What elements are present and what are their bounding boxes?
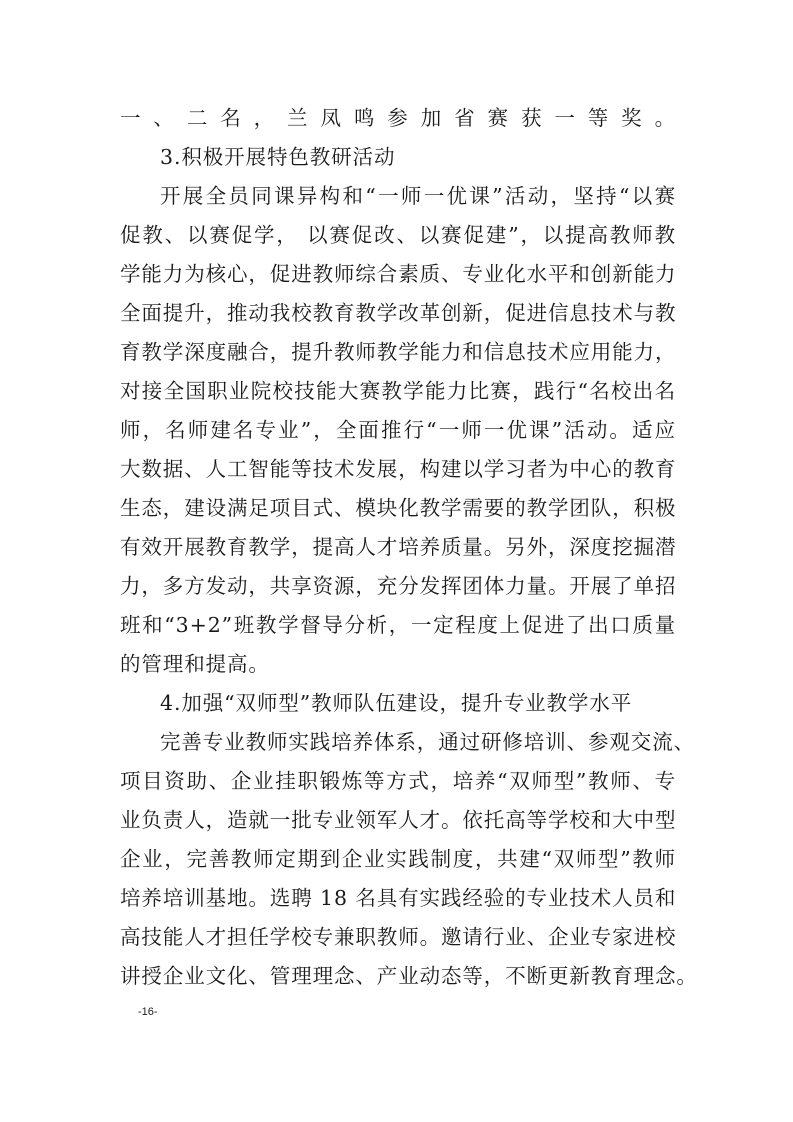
text-line: 对接全国职业院校技能大赛教学能力比赛，践行“名校出名 xyxy=(120,376,676,406)
text-line: 项目资助、企业挂职锻炼等方式，培养“双师型”教师、专 xyxy=(120,766,676,796)
text-line: 的管理和提高。 xyxy=(120,649,676,679)
text-line: 开展全员同课异构和“一师一优课”活动，坚持“以赛 xyxy=(160,181,676,211)
section-heading: 4.加强“双师型”教师队伍建设，提升专业教学水平 xyxy=(160,688,676,718)
text-line: 业负责人，造就一批专业领军人才。依托高等学校和大中型 xyxy=(120,805,676,835)
text-line: 一、二名，兰凤鸣参加省赛获一等奖。 xyxy=(120,103,676,133)
text-line: 企业，完善教师定期到企业实践制度，共建“双师型”教师 xyxy=(120,844,676,874)
text-line: 有效开展教育教学，提高人才培养质量。另外，深度挖掘潜 xyxy=(120,532,676,562)
text-line: 完善专业教师实践培养体系，通过研修培训、参观交流、 xyxy=(160,727,676,757)
text-line: 生态，建设满足项目式、模块化教学需要的教学团队，积极 xyxy=(120,493,676,523)
section-heading: 3.积极开展特色教研活动 xyxy=(160,142,676,172)
text-line: 促教、以赛促学， 以赛促改、以赛促建”，以提高教师教 xyxy=(120,220,676,250)
page-number: -16- xyxy=(138,1006,158,1018)
text-line: 育教学深度融合，提升教师教学能力和信息技术应用能力， xyxy=(120,337,676,367)
text-line: 培养培训基地。选聘 18 名具有实践经验的专业技术人员和 xyxy=(120,883,676,913)
text-line: 大数据、人工智能等技术发展，构建以学习者为中心的教育 xyxy=(120,454,676,484)
text-line: 全面提升，推动我校教育教学改革创新，促进信息技术与教 xyxy=(120,298,676,328)
text-line: 讲授企业文化、管理理念、产业动态等，不断更新教育理念。 xyxy=(120,961,676,991)
document-page: 一、二名，兰凤鸣参加省赛获一等奖。 3.积极开展特色教研活动 开展全员同课异构和… xyxy=(0,0,793,1122)
text-line: 力，多方发动，共享资源，充分发挥团体力量。开展了单招 xyxy=(120,571,676,601)
text-line: 师，名师建名专业”，全面推行“一师一优课”活动。适应 xyxy=(120,415,676,445)
text-line: 学能力为核心，促进教师综合素质、专业化水平和创新能力 xyxy=(120,259,676,289)
text-line: 高技能人才担任学校专兼职教师。邀请行业、企业专家进校 xyxy=(120,922,676,952)
text-line: 班和“3+2”班教学督导分析，一定程度上促进了出口质量 xyxy=(120,610,676,640)
